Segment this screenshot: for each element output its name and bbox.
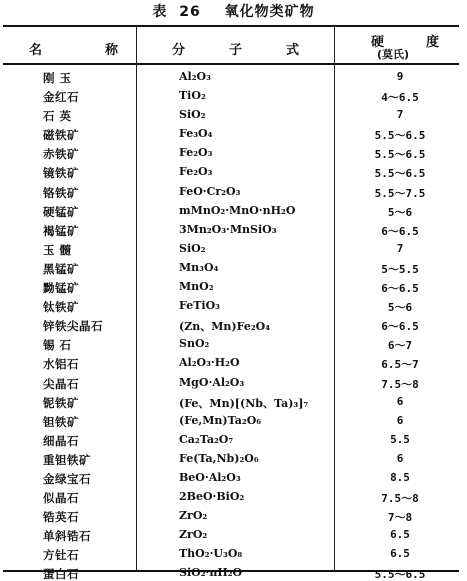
mohs-hardness: 7.5～8 [335, 490, 465, 506]
mohs-hardness: 6 [335, 395, 465, 408]
chemical-formula: Fe₂O₃ [179, 146, 212, 159]
chemical-formula: Al₂O₃·H₂O [179, 356, 240, 369]
mohs-hardness: 6.5 [335, 528, 465, 541]
header-formula-char: 分 [172, 39, 185, 58]
chemical-formula: SiO₂ [179, 108, 206, 121]
chemical-formula: SiO₂ [179, 242, 206, 255]
table-row: 金红石TiO₂4～6.5 [3, 87, 459, 106]
header-hardness: 硬 度 (莫氏) [335, 27, 459, 63]
mineral-name: 黝锰矿 [43, 280, 135, 296]
chemical-formula: Mn₃O₄ [179, 261, 218, 274]
mohs-hardness: 7 [335, 108, 465, 121]
mohs-hardness: 4～6.5 [335, 89, 465, 105]
chemical-formula: Fe(Ta,Nb)₂O₆ [179, 452, 259, 465]
header-name: 名 称 [3, 27, 136, 63]
table-row: 似晶石2BeO·BiO₂7.5～8 [3, 488, 459, 507]
chemical-formula: SiO₂·nH₂O [179, 566, 242, 579]
table-row: 锆英石ZrO₂7～8 [3, 507, 459, 526]
mineral-name: 赤铁矿 [43, 146, 135, 162]
mohs-hardness: 6.5 [335, 547, 465, 560]
header-formula: 分 子 式 [137, 27, 334, 63]
table-title-prefix: 表 [152, 4, 167, 20]
mohs-hardness: 7～8 [335, 509, 465, 525]
header-formula-char: 式 [286, 39, 299, 58]
chemical-formula: FeO·Cr₂O₃ [179, 185, 240, 198]
table-row: 赤铁矿Fe₂O₃5.5～6.5 [3, 144, 459, 163]
mineral-name: 似晶石 [43, 490, 135, 506]
mohs-hardness: 5.5～6.5 [335, 566, 465, 581]
mineral-name: 单斜锆石 [43, 528, 135, 544]
header-hardness-scale: (莫氏) [377, 46, 409, 62]
table-title-text: 氧化物类矿物 [225, 4, 315, 20]
chemical-formula: (Fe、Mn)[(Nb、Ta)₃]₇ [179, 395, 308, 411]
mineral-name: 钽铁矿 [43, 414, 135, 430]
table-row: 铬铁矿FeO·Cr₂O₃5.5～7.5 [3, 183, 459, 202]
table-row: 石 英SiO₂7 [3, 106, 459, 125]
mohs-hardness: 7.5～8 [335, 376, 465, 392]
table-row: 细晶石Ca₂Ta₂O₇5.5 [3, 431, 459, 450]
chemical-formula: 2BeO·BiO₂ [179, 490, 244, 503]
chemical-formula: ZrO₂ [179, 509, 207, 522]
chemical-formula: ZrO₂ [179, 528, 207, 541]
mineral-name: 锡 石 [43, 337, 135, 353]
mohs-hardness: 6～6.5 [335, 280, 465, 296]
table-row: 褐锰矿3Mn₂O₃·MnSiO₃6～6.5 [3, 221, 459, 240]
table-row: 磁铁矿Fe₃O₄5.5～6.5 [3, 125, 459, 144]
mineral-name: 方钍石 [43, 547, 135, 563]
table-row: 黝锰矿MnO₂6～6.5 [3, 278, 459, 297]
chemical-formula: (Fe,Mn)Ta₂O₆ [179, 414, 261, 427]
table-row: 镜铁矿Fe₂O₃5.5～6.5 [3, 163, 459, 182]
table-row: 玉 髓SiO₂7 [3, 240, 459, 259]
table-row: 金绿宝石BeO·Al₂O₃8.5 [3, 469, 459, 488]
mohs-hardness: 6 [335, 414, 465, 427]
mineral-name: 水铝石 [43, 356, 135, 372]
mohs-hardness: 9 [335, 70, 465, 83]
chemical-formula: Fe₂O₃ [179, 165, 212, 178]
mohs-hardness: 5～6 [335, 204, 465, 220]
chemical-formula: mMnO₂·MnO·nH₂O [179, 204, 295, 217]
header-formula-char: 子 [229, 39, 242, 58]
mineral-name: 金红石 [43, 89, 135, 105]
mohs-hardness: 5～5.5 [335, 261, 465, 277]
table-row: 铌铁矿(Fe、Mn)[(Nb、Ta)₃]₇6 [3, 393, 459, 412]
mohs-hardness: 6～6.5 [335, 318, 465, 334]
mineral-name: 镜铁矿 [43, 165, 135, 181]
table-row: 单斜锆石ZrO₂6.5 [3, 526, 459, 545]
mineral-name: 铌铁矿 [43, 395, 135, 411]
mineral-name: 钛铁矿 [43, 299, 135, 315]
chemical-formula: (Zn、Mn)Fe₂O₄ [179, 318, 270, 334]
table-row: 方钍石ThO₂·U₃O₈6.5 [3, 545, 459, 564]
chemical-formula: FeTiO₃ [179, 299, 220, 312]
chemical-formula: ThO₂·U₃O₈ [179, 547, 242, 560]
table-row: 硬锰矿mMnO₂·MnO·nH₂O5～6 [3, 202, 459, 221]
table-body: 刚 玉Al₂O₃9金红石TiO₂4～6.5石 英SiO₂7磁铁矿Fe₃O₄5.5… [3, 68, 459, 581]
mineral-name: 蛋白石 [43, 566, 135, 581]
table-row: 锌铁尖晶石(Zn、Mn)Fe₂O₄6～6.5 [3, 316, 459, 335]
mineral-name: 刚 玉 [43, 70, 135, 86]
mohs-hardness: 5.5～6.5 [335, 127, 465, 143]
chemical-formula: MgO·Al₂O₃ [179, 376, 244, 389]
mineral-name: 金绿宝石 [43, 471, 135, 487]
table-row: 黑锰矿Mn₃O₄5～5.5 [3, 259, 459, 278]
mohs-hardness: 5.5～6.5 [335, 165, 465, 181]
mineral-name: 铬铁矿 [43, 185, 135, 201]
chemical-formula: Al₂O₃ [179, 70, 211, 83]
table-row: 刚 玉Al₂O₃9 [3, 68, 459, 87]
mohs-hardness: 6 [335, 452, 465, 465]
mineral-name: 玉 髓 [43, 242, 135, 258]
table-title-number: 26 [179, 4, 200, 20]
mineral-name: 褐锰矿 [43, 223, 135, 239]
header-hardness-char: 度 [426, 31, 439, 50]
table-row: 蛋白石SiO₂·nH₂O5.5～6.5 [3, 564, 459, 581]
table-row: 钛铁矿FeTiO₃5～6 [3, 297, 459, 316]
table-row: 钽铁矿(Fe,Mn)Ta₂O₆6 [3, 412, 459, 431]
table-row: 锡 石SnO₂6～7 [3, 335, 459, 354]
chemical-formula: Fe₃O₄ [179, 127, 212, 140]
mohs-hardness: 6～6.5 [335, 223, 465, 239]
table-row: 水铝石Al₂O₃·H₂O6.5～7 [3, 354, 459, 373]
mineral-name: 锌铁尖晶石 [43, 318, 135, 334]
chemical-formula: Ca₂Ta₂O₇ [179, 433, 233, 446]
mohs-hardness: 6～7 [335, 337, 465, 353]
header-name-char: 名 [29, 39, 42, 58]
chemical-formula: MnO₂ [179, 280, 214, 293]
header-name-char: 称 [105, 39, 118, 58]
mohs-hardness: 5.5～7.5 [335, 185, 465, 201]
chemical-formula: BeO·Al₂O₃ [179, 471, 241, 484]
header-rule [3, 63, 459, 65]
mohs-hardness: 8.5 [335, 471, 465, 484]
mineral-name: 锆英石 [43, 509, 135, 525]
mohs-hardness: 5～6 [335, 299, 465, 315]
mineral-name: 细晶石 [43, 433, 135, 449]
mohs-hardness: 6.5～7 [335, 356, 465, 372]
table-row: 重钽铁矿Fe(Ta,Nb)₂O₆6 [3, 450, 459, 469]
chemical-formula: TiO₂ [179, 89, 206, 102]
mineral-name: 磁铁矿 [43, 127, 135, 143]
chemical-formula: SnO₂ [179, 337, 209, 350]
table-row: 尖晶石MgO·Al₂O₃7.5～8 [3, 374, 459, 393]
mineral-name: 硬锰矿 [43, 204, 135, 220]
mohs-hardness: 7 [335, 242, 465, 255]
mineral-name: 重钽铁矿 [43, 452, 135, 468]
table-title: 表 26 氧化物类矿物 [0, 1, 467, 21]
mineral-name: 黑锰矿 [43, 261, 135, 277]
mohs-hardness: 5.5 [335, 433, 465, 446]
mohs-hardness: 5.5～6.5 [335, 146, 465, 162]
mineral-name: 尖晶石 [43, 376, 135, 392]
mineral-name: 石 英 [43, 108, 135, 124]
chemical-formula: 3Mn₂O₃·MnSiO₃ [179, 223, 277, 236]
